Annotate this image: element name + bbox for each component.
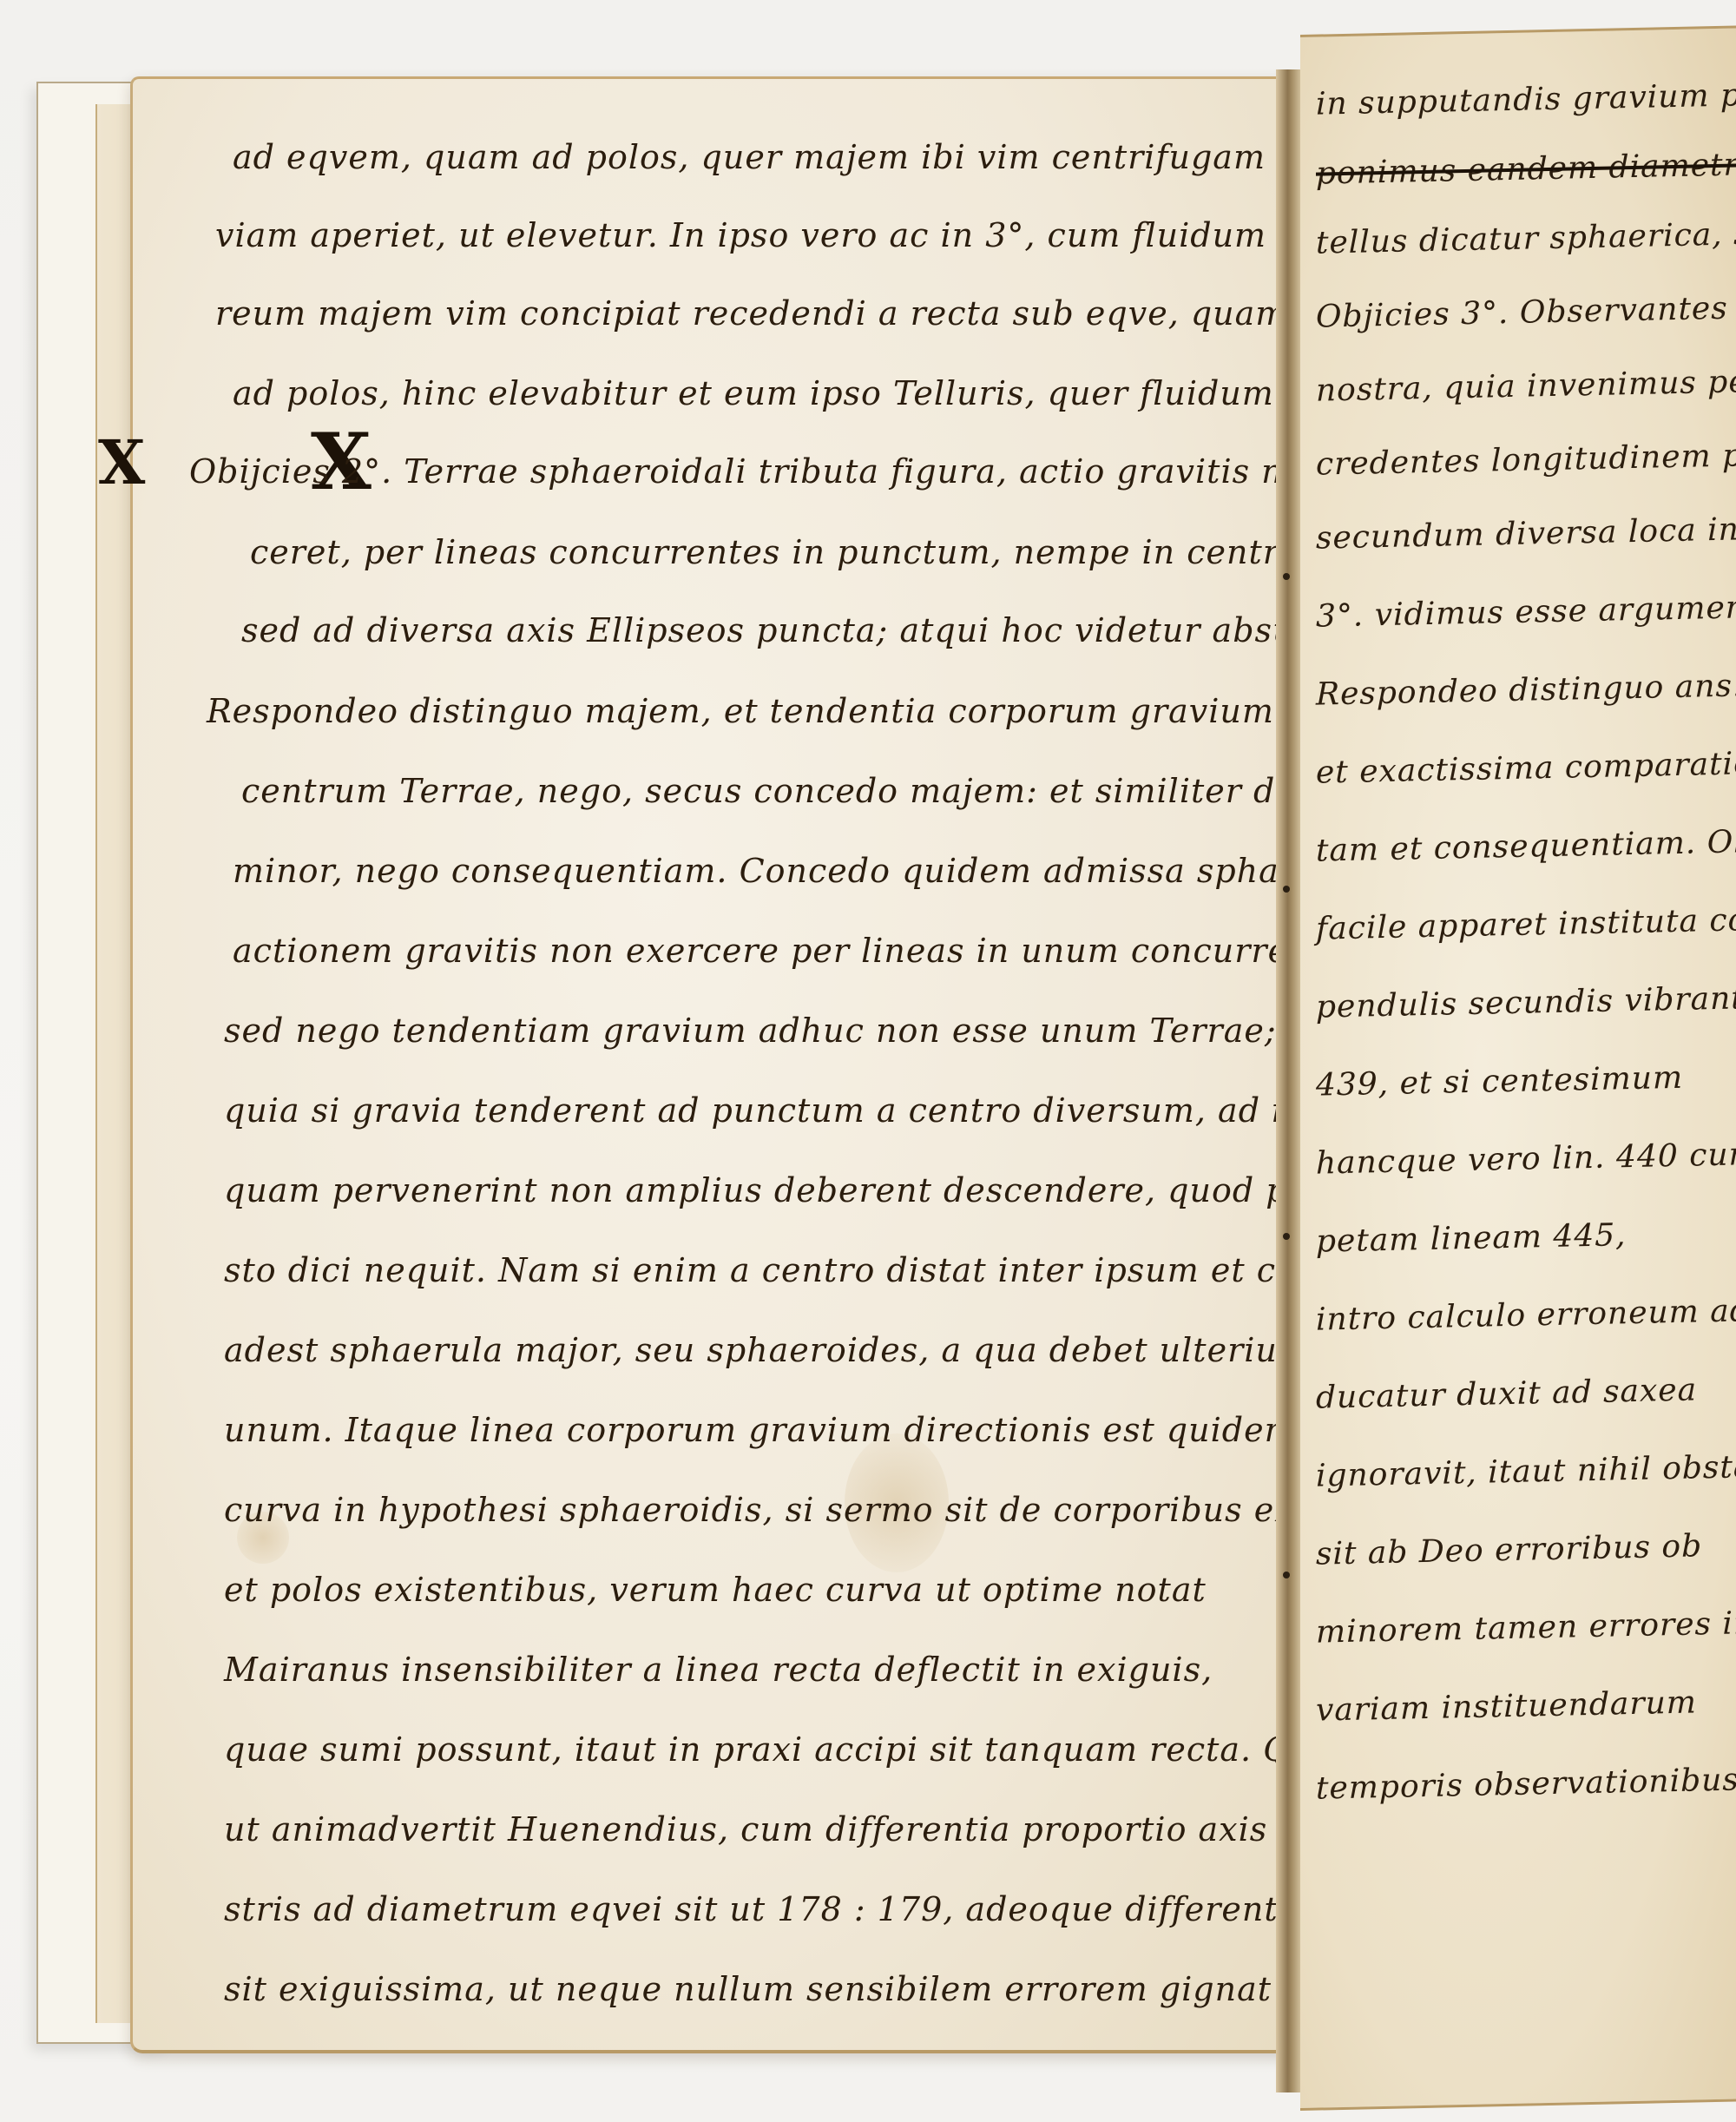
binding-thread xyxy=(1283,1233,1290,1240)
binding-thread xyxy=(1283,1572,1290,1578)
manuscript-line: Respondeo distinguo ans. observ xyxy=(1316,659,1736,719)
manuscript-line: sit ab Deo erroribus ob xyxy=(1316,1522,1702,1578)
left-manuscript-page: X X ad eqvem, quam ad polos, quer majem … xyxy=(130,76,1292,2053)
manuscript-line: tellus dicatur sphaerica, sive xyxy=(1316,209,1736,268)
right-manuscript-page: in supputandis gravium pro ponimus eande… xyxy=(1300,25,1736,2111)
binding-thread xyxy=(1283,886,1290,893)
manuscript-line: quae sumi possunt, itaut in praxi accipi… xyxy=(224,1723,1346,1776)
manuscript-line: ad polos, hinc elevabitur et eum ipso Te… xyxy=(233,367,1424,419)
struck-manuscript-line: ponimus eandem diametri pro xyxy=(1316,140,1736,199)
manuscript-line: variam instituendarum xyxy=(1316,1678,1697,1735)
manuscript-line: ad eqvem, quam ad polos, quer majem ibi … xyxy=(233,131,1339,183)
manuscript-line: Obijcies 2°. Terrae sphaeroidali tributa… xyxy=(189,445,1427,498)
manuscript-line: ducatur duxit ad saxea xyxy=(1316,1366,1697,1422)
manuscript-line: 3°. vidimus esse argumentum ex xyxy=(1316,581,1736,641)
manuscript-line: quam pervenerint non amplius deberent de… xyxy=(224,1164,1358,1216)
manuscript-line: et exactissima comparatio, c xyxy=(1316,739,1736,798)
manuscript-line: sto dici nequit. Nam si enim a centro di… xyxy=(224,1244,1404,1296)
manuscript-line: Mairanus insensibiliter a linea recta de… xyxy=(224,1644,1213,1696)
manuscript-line: sed nego tendentiam gravium adhuc non es… xyxy=(224,1005,1426,1057)
manuscript-line: minorem tamen errores in xyxy=(1316,1599,1736,1657)
manuscript-line: temporis observationibus dice xyxy=(1316,1754,1736,1813)
manuscript-line: intro calculo erroneum ad xyxy=(1316,1287,1736,1344)
manuscript-line: secundum diversa loca in, ideo in xyxy=(1316,503,1736,563)
manuscript-line: facile apparet instituta compar xyxy=(1316,894,1736,954)
manuscript-line: quia si gravia tenderent ad punctum a ce… xyxy=(224,1084,1448,1137)
manuscript-line: viam aperiet, ut elevetur. In ipso vero … xyxy=(215,209,1331,261)
manuscript-line: adest sphaerula major, seu sphaeroides, … xyxy=(224,1324,1426,1376)
manuscript-line: nostra, quia invenimus pend xyxy=(1316,357,1736,415)
binding-thread xyxy=(1283,573,1290,580)
manuscript-line: ut animadvertit Huenendius, cum differen… xyxy=(224,1803,1379,1855)
manuscript-line: pendulis secundis vibrantis xyxy=(1316,974,1736,1032)
manuscript-line: in supputandis gravium pro xyxy=(1316,71,1736,129)
manuscript-line: unum. Itaque linea corporum gravium dire… xyxy=(224,1404,1394,1456)
manuscript-line: petam lineam 445, xyxy=(1316,1211,1627,1266)
manuscript-line: ignoravit, itaut nihil obstat xyxy=(1316,1443,1736,1501)
manuscript-line: 439, et si centesimum xyxy=(1316,1054,1683,1110)
manuscript-line: centrum Terrae, nego, secus concedo maje… xyxy=(241,765,1406,817)
manuscript-line: actionem gravitis non exercere per linea… xyxy=(233,925,1375,977)
manuscript-line: hancque vero lin. 440 cum xyxy=(1316,1130,1736,1189)
manuscript-line: et polos existentibus, verum haec curva … xyxy=(224,1564,1207,1616)
manuscript-line: tam et consequentiam. Observ xyxy=(1316,816,1736,875)
book-gutter xyxy=(1276,69,1302,2092)
manuscript-line: reum majem vim concipiat recedendi a rec… xyxy=(215,287,1287,339)
manuscript-line: credentes longitudinem pendul xyxy=(1316,430,1736,490)
manuscript-line: stris ad diametrum eqvei sit ut 178 : 17… xyxy=(224,1883,1310,1935)
manuscript-line: Objicies 3°. Observantes a xyxy=(1316,284,1736,342)
margin-x-mark: X xyxy=(98,426,145,498)
manuscript-line: ceret, per lineas concurrentes in punctu… xyxy=(250,526,1333,578)
manuscript-line: sit exiguissima, ut neque nullum sensibi… xyxy=(224,1963,1272,2015)
